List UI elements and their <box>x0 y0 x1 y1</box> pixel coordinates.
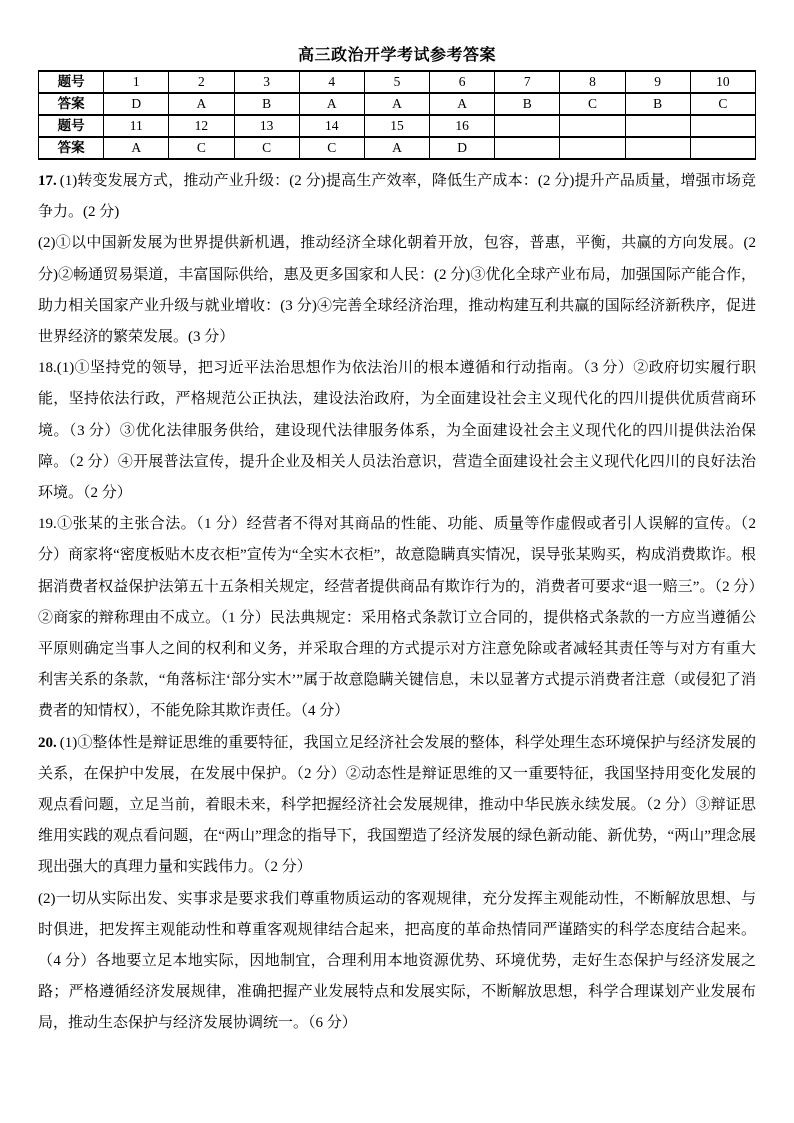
answer-cell: 3 <box>234 71 299 93</box>
answer-cell: B <box>234 93 299 115</box>
answer-cell: 9 <box>625 71 690 93</box>
answer-paragraph: 18.(1)①坚持党的领导，把习近平法治思想作为依法治川的根本遵循和行动指南。（… <box>38 353 756 509</box>
answer-cell: 5 <box>364 71 429 93</box>
answer-text: ①张某的主张合法。（1 分）经营者不得对其商品的性能、功能、质量等作虚假或者引人… <box>38 516 756 719</box>
answer-paragraph: (2)一切从实际出发、实事求是要求我们尊重物质运动的客观规律，充分发挥主观能动性… <box>38 884 756 1040</box>
answer-cell <box>495 115 560 137</box>
answer-cell <box>690 137 755 159</box>
answer-paragraph: 20.(1)①整体性是辩证思维的重要特征，我国立足经济社会发展的整体，科学处理生… <box>38 728 756 884</box>
answer-cell <box>625 115 690 137</box>
document-page: 高三政治开学考试参考答案 题号12345678910答案DABAAABCBC题号… <box>0 0 794 1123</box>
answer-cell: A <box>364 93 429 115</box>
answer-cell: 1 <box>104 71 169 93</box>
answer-paragraph: 19.①张某的主张合法。（1 分）经营者不得对其商品的性能、功能、质量等作虚假或… <box>38 509 756 727</box>
answer-cell: A <box>364 137 429 159</box>
table-row: 答案DABAAABCBC <box>39 93 756 115</box>
answer-cell <box>625 137 690 159</box>
row-header-cell: 答案 <box>39 137 104 159</box>
question-number: 19. <box>38 516 57 532</box>
question-number: 18. <box>38 360 57 376</box>
answer-paragraph: (2)①以中国新发展为世界提供新机遇，推动经济全球化朝着开放，包容，普惠，平衡，… <box>38 228 756 353</box>
answer-cell: C <box>690 93 755 115</box>
table-row: 题号12345678910 <box>39 71 756 93</box>
answer-cell: 11 <box>104 115 169 137</box>
question-number: 20. <box>38 735 57 751</box>
answer-cell: B <box>625 93 690 115</box>
answer-cell: B <box>495 93 560 115</box>
question-number: 17. <box>38 173 57 189</box>
answer-cell: D <box>104 93 169 115</box>
row-header-cell: 答案 <box>39 93 104 115</box>
answer-text: (1)转变发展方式，推动产业升级：(2 分)提高生产效率，降低生产成本：(2 分… <box>38 173 756 220</box>
table-row: 答案ACCCAD <box>39 137 756 159</box>
answer-text: (2)一切从实际出发、实事求是要求我们尊重物质运动的客观规律，充分发挥主观能动性… <box>38 891 756 1032</box>
answer-cell <box>560 137 625 159</box>
answer-cell: D <box>430 137 495 159</box>
answer-text: (1)①整体性是辩证思维的重要特征，我国立足经济社会发展的整体，科学处理生态环境… <box>38 735 756 876</box>
answer-cell: 15 <box>364 115 429 137</box>
answer-cell: 8 <box>560 71 625 93</box>
answer-cell: 7 <box>495 71 560 93</box>
answer-cell: 12 <box>169 115 234 137</box>
answer-cell <box>495 137 560 159</box>
answer-cell: C <box>560 93 625 115</box>
answer-cell <box>560 115 625 137</box>
answer-text: (1)①坚持党的领导，把习近平法治思想作为依法治川的根本遵循和行动指南。（3 分… <box>38 360 756 501</box>
answer-cell: A <box>299 93 364 115</box>
answer-cell: A <box>104 137 169 159</box>
answer-cell <box>690 115 755 137</box>
answer-cell: 4 <box>299 71 364 93</box>
answer-cell: 2 <box>169 71 234 93</box>
answer-cell: C <box>234 137 299 159</box>
answer-cell: 13 <box>234 115 299 137</box>
row-header-cell: 题号 <box>39 71 104 93</box>
answer-cell: 6 <box>430 71 495 93</box>
answer-cell: C <box>169 137 234 159</box>
answer-cell: 16 <box>430 115 495 137</box>
answer-paragraph: 17.(1)转变发展方式，推动产业升级：(2 分)提高生产效率，降低生产成本：(… <box>38 166 756 228</box>
answer-explanations: 17.(1)转变发展方式，推动产业升级：(2 分)提高生产效率，降低生产成本：(… <box>38 166 756 1040</box>
answer-cell: C <box>299 137 364 159</box>
answer-cell: 14 <box>299 115 364 137</box>
answer-cell: A <box>169 93 234 115</box>
answer-table: 题号12345678910答案DABAAABCBC题号111213141516答… <box>38 70 756 160</box>
table-row: 题号111213141516 <box>39 115 756 137</box>
answer-table-body: 题号12345678910答案DABAAABCBC题号111213141516答… <box>39 71 756 159</box>
answer-text: (2)①以中国新发展为世界提供新机遇，推动经济全球化朝着开放，包容，普惠，平衡，… <box>38 235 756 345</box>
row-header-cell: 题号 <box>39 115 104 137</box>
answer-cell: A <box>430 93 495 115</box>
page-title: 高三政治开学考试参考答案 <box>38 42 756 65</box>
answer-cell: 10 <box>690 71 755 93</box>
